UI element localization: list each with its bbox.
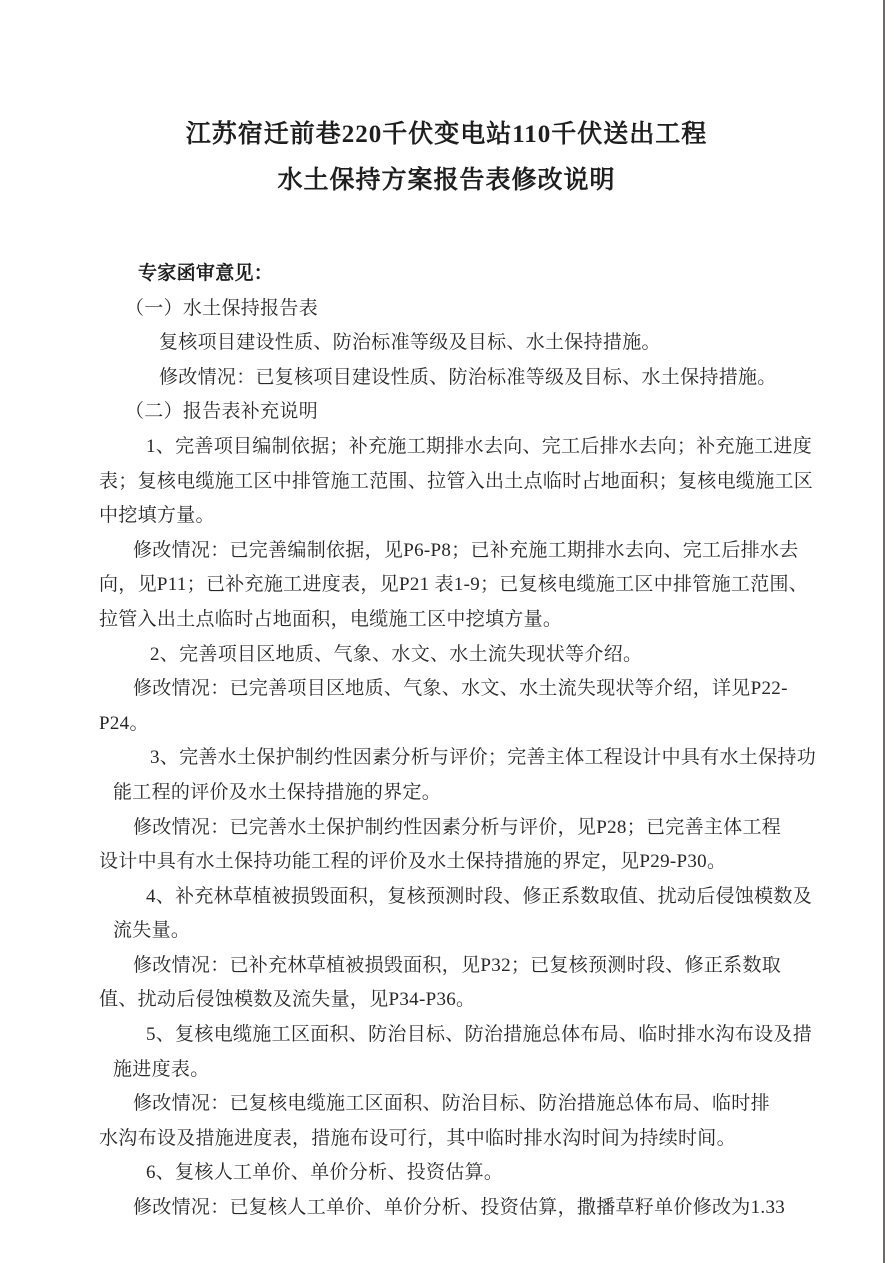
body-lines: （一）水土保持报告表复核项目建设性质、防治标准等级及目标、水土保持措施。修改情况… (99, 292, 805, 1226)
text-line: 流失量。 (99, 914, 805, 949)
text-line: 施进度表。 (99, 1053, 805, 1088)
text-line: 水沟布设及措施进度表，措施布设可行，其中临时排水沟时间为持续时间。 (99, 1122, 805, 1157)
text-line: 中挖填方量。 (99, 499, 805, 534)
text-line: 表；复核电缆施工区中排管施工范围、拉管入出土点临时占地面积；复核电缆施工区 (99, 465, 805, 500)
text-line: 2、完善项目区地质、气象、水文、水土流失现状等介绍。 (99, 638, 805, 673)
text-line: 1、完善项目编制依据；补充施工期排水去向、完工后排水去向；补充施工进度 (99, 430, 805, 465)
document-title: 江苏宿迁前巷220千伏变电站110千伏送出工程 水土保持方案报告表修改说明 (0, 112, 893, 204)
document-title-line1: 江苏宿迁前巷220千伏变电站110千伏送出工程 (0, 112, 893, 158)
text-line: 修改情况：已完善项目区地质、气象、水文、水土流失现状等介绍，详见P22- (99, 672, 805, 707)
text-line: 设计中具有水土保持功能工程的评价及水土保持措施的界定，见P29-P30。 (99, 845, 805, 880)
text-line: （二）报告表补充说明 (99, 395, 805, 430)
text-line: 复核项目建设性质、防治标准等级及目标、水土保持措施。 (99, 326, 805, 361)
text-line: 修改情况：已复核项目建设性质、防治标准等级及目标、水土保持措施。 (99, 361, 805, 396)
text-line: 修改情况：已补充林草植被损毁面积，见P32；已复核预测时段、修正系数取 (99, 949, 805, 984)
text-line: 修改情况：已复核电缆施工区面积、防治目标、防治措施总体布局、临时排 (99, 1087, 805, 1122)
text-line: 能工程的评价及水土保持措施的界定。 (99, 776, 805, 811)
document-page: 江苏宿迁前巷220千伏变电站110千伏送出工程 水土保持方案报告表修改说明 专家… (0, 0, 893, 1263)
text-line: 修改情况：已完善编制依据，见P6-P8；已补充施工期排水去向、完工后排水去 (99, 534, 805, 569)
text-line: 5、复核电缆施工区面积、防治目标、防治措施总体布局、临时排水沟布设及措 (99, 1018, 805, 1053)
text-line: 6、复核人工单价、单价分析、投资估算。 (99, 1156, 805, 1191)
text-line: P24。 (99, 707, 805, 742)
text-line: 4、补充林草植被损毁面积，复核预测时段、修正系数取值、扰动后侵蚀模数及 (99, 880, 805, 915)
text-line: 修改情况：已复核人工单价、单价分析、投资估算，撒播草籽单价修改为1.33 (99, 1191, 805, 1226)
document-body: 专家函审意见： （一）水土保持报告表复核项目建设性质、防治标准等级及目标、水土保… (99, 257, 805, 1226)
text-line: 拉管入出土点临时占地面积，电缆施工区中挖填方量。 (99, 603, 805, 638)
text-line: 值、扰动后侵蚀模数及流失量，见P34-P36。 (99, 983, 805, 1018)
section-heading: 专家函审意见： (99, 257, 805, 292)
text-line: 向，见P11；已补充施工进度表，见P21 表1-9；已复核电缆施工区中排管施工范… (99, 568, 805, 603)
document-title-line2: 水土保持方案报告表修改说明 (0, 158, 893, 204)
text-line: 3、完善水土保护制约性因素分析与评价；完善主体工程设计中具有水土保持功 (99, 741, 805, 776)
text-line: （一）水土保持报告表 (99, 292, 805, 327)
text-line: 修改情况：已完善水土保护制约性因素分析与评价，见P28；已完善主体工程 (99, 811, 805, 846)
